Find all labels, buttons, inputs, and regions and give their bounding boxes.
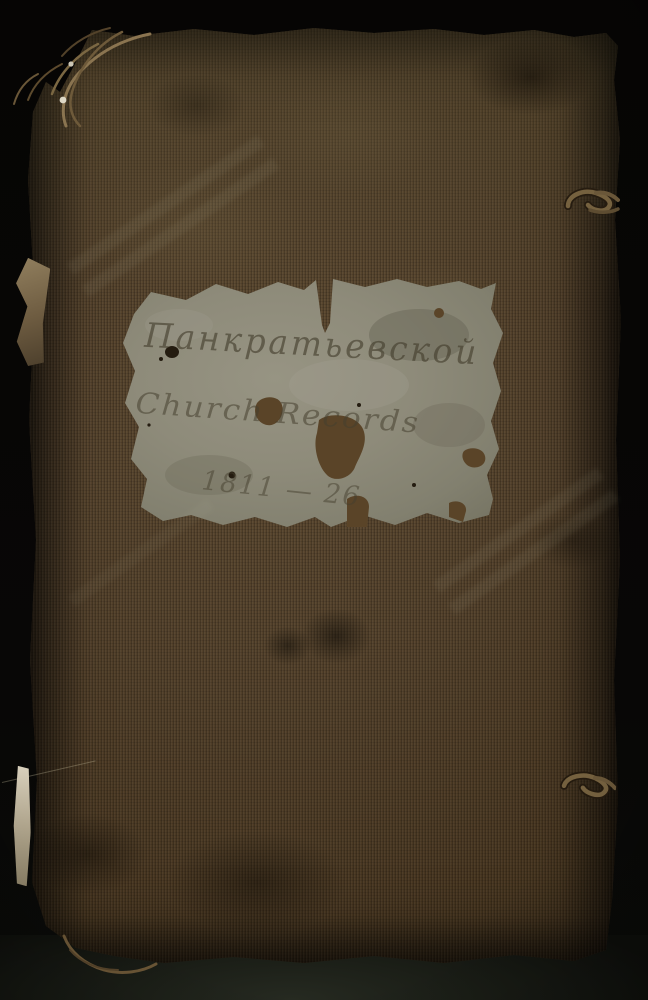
paper-label-art: Панкратьевской Church Records 1811 — 26 <box>119 273 503 529</box>
photo-canvas: Панкратьевской Church Records 1811 — 26 <box>0 0 648 1000</box>
paper-label: Панкратьевской Church Records 1811 — 26 <box>119 273 503 529</box>
frayed-corner-threads <box>0 12 175 152</box>
frayed-bottom-threads <box>56 928 166 988</box>
white-fleck <box>60 97 67 104</box>
spine-paper-fragment-bottom <box>6 766 36 887</box>
white-fleck <box>68 61 73 66</box>
binding-tie-bottom <box>552 761 618 813</box>
binding-tie-top <box>558 180 620 226</box>
